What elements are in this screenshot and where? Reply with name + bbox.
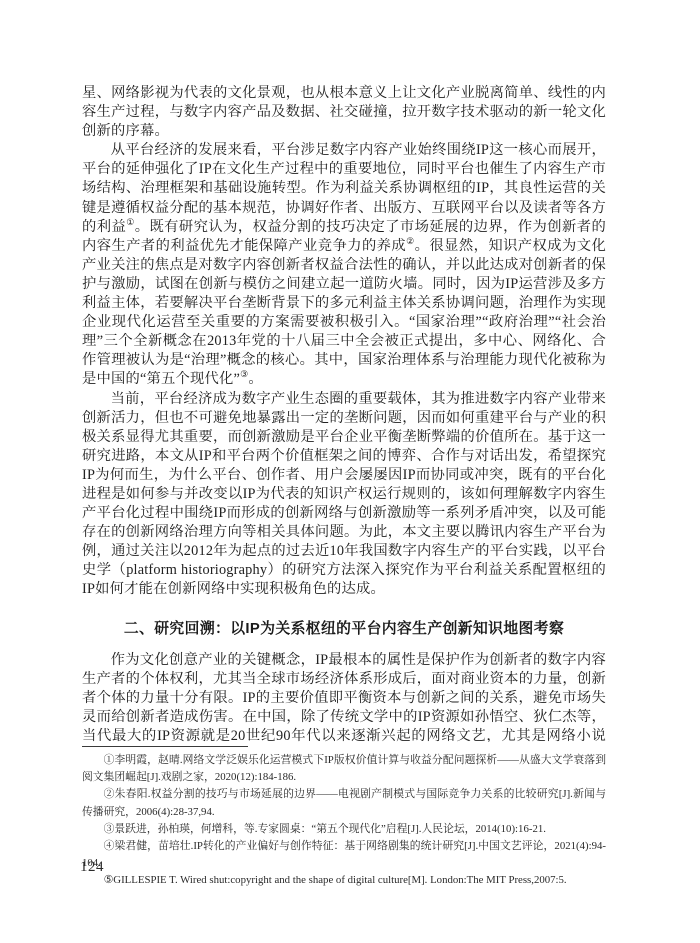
footnote-separator <box>82 746 248 747</box>
footnote-area: ①李明霞，赵晴.网络文学泛娱乐化运营模式下IP版权价值计算与收益分配问题探析——… <box>82 740 606 890</box>
footnote: ④梁君健，苗培壮.IP转化的产业偏好与创作特征：基于网络剧集的统计研究[J].中… <box>82 838 606 872</box>
body-paragraph: 作为文化创意产业的关键概念，IP最根本的属性是保护作为创新者的数字内容生产者的个… <box>82 651 606 742</box>
footnote-marker: ① <box>126 217 135 227</box>
body-paragraph: 当前，平台经济成为数字产业生态圈的重要载体，其为推进数字内容产业带来创新活力，但… <box>82 390 606 600</box>
page-number: 124 <box>80 859 104 876</box>
footnote-marker: ③ <box>240 370 248 380</box>
body-paragraph: 从平台经济的发展来看，平台涉足数字内容产业始终围绕IP这一核心而展开，平台的延伸… <box>82 141 606 389</box>
footnote: ③景跃进，孙柏瑛，何增科，等.专家圆桌：“第五个现代化”启程[J].人民论坛，2… <box>82 821 606 838</box>
section-heading: 二、研究回溯：以IP为关系枢纽的平台内容生产创新知识地图考察 <box>82 619 606 639</box>
footnote: ①李明霞，赵晴.网络文学泛娱乐化运营模式下IP版权价值计算与收益分配问题探析——… <box>82 752 606 786</box>
footnote-list: ①李明霞，赵晴.网络文学泛娱乐化运营模式下IP版权价值计算与收益分配问题探析——… <box>82 752 606 890</box>
footnote: ②朱春阳.权益分割的技巧与市场延展的边界——电视剧产制模式与国际竞争力关系的比较… <box>82 786 606 820</box>
footnote: ⑤GILLESPIE T. Wired shut:copyright and t… <box>82 872 606 889</box>
journal-page: 星、网络影视为代表的文化景观，也从根本意义上让文化产业脱离简单、线性的内容生产过… <box>0 0 700 943</box>
body-paragraph: 星、网络影视为代表的文化景观，也从根本意义上让文化产业脱离简单、线性的内容生产过… <box>82 84 606 141</box>
article-body: 星、网络影视为代表的文化景观，也从根本意义上让文化产业脱离简单、线性的内容生产过… <box>82 84 606 742</box>
footnote-marker: ② <box>406 236 415 246</box>
